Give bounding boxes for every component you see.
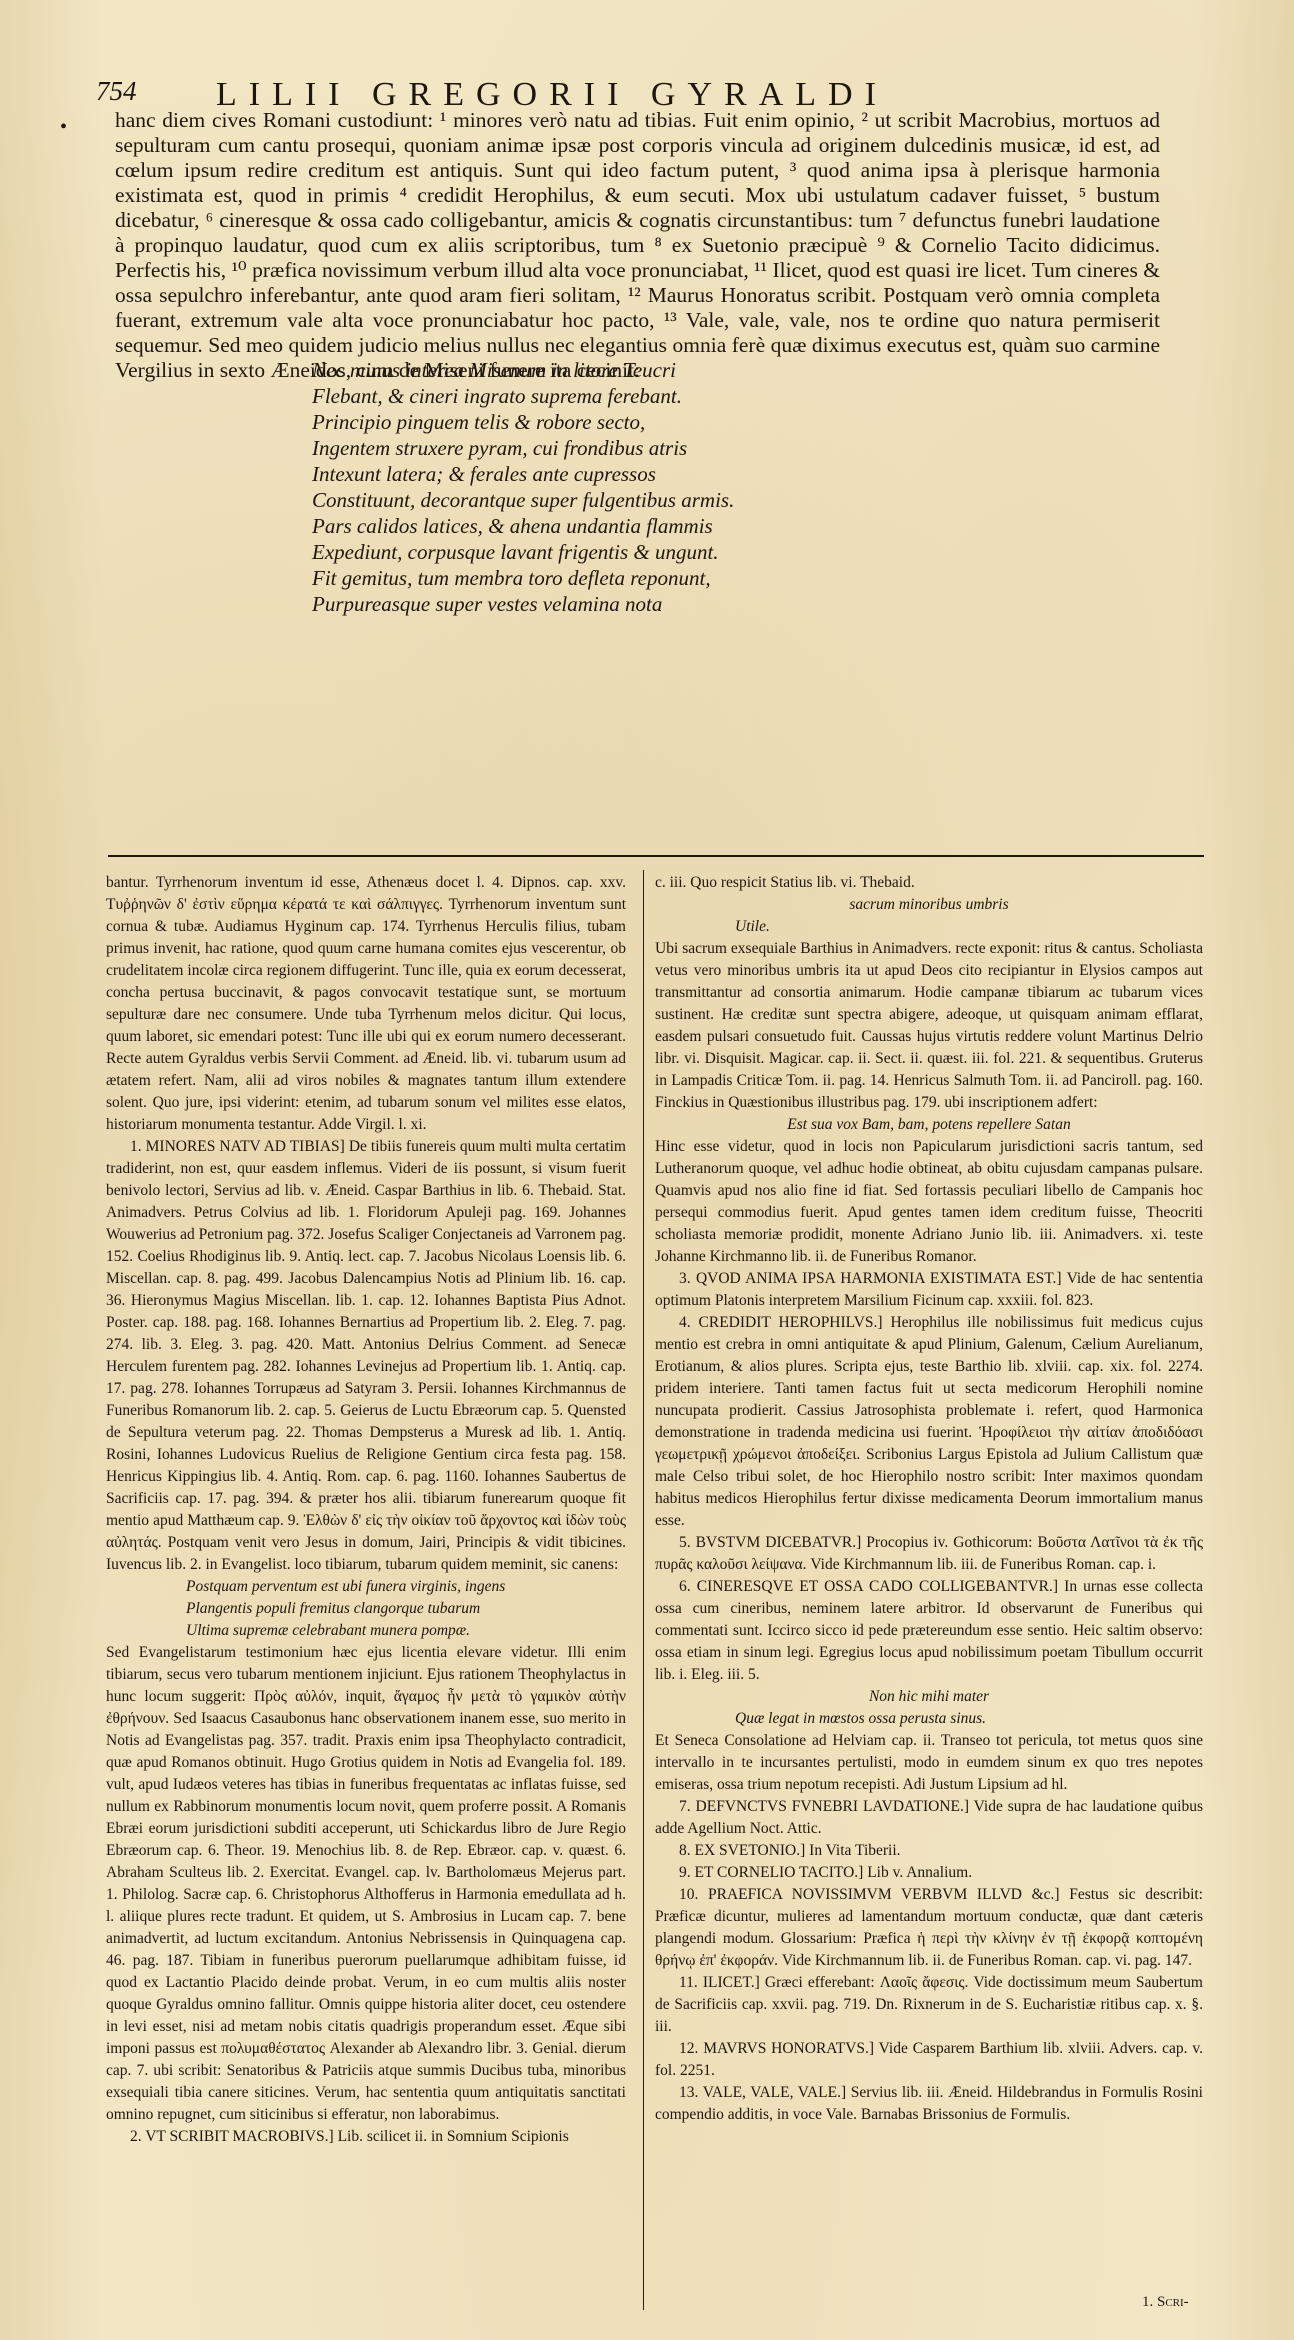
verse-line: Purpureasque super vestes velamina nota (312, 591, 912, 617)
verse-line: Flebant, & cineri ingrato suprema fereba… (312, 383, 912, 409)
verse-line: Ingentem struxere pyram, cui frondibus a… (312, 435, 912, 461)
note-10: 10. PRAEFICA NOVISSIMVM VERBVM ILLVD &c.… (655, 1884, 1203, 1972)
vergil-verse: Nec minus interea Misenum in litore Teuc… (312, 357, 912, 617)
note-8: 8. EX SVETONIO.] In Vita Tiberii. (655, 1840, 1203, 1862)
notes-right-column: c. iii. Quo respicit Statius lib. vi. Th… (655, 872, 1203, 2126)
note-paragraph: bantur. Tyrrhenorum inventum id esse, At… (106, 872, 626, 1136)
note-4: 4. CREDIDIT HEROPHILVS.] Herophilus ille… (655, 1312, 1203, 1532)
note-12: 12. MAVRVS HONORATVS.] Vide Casparem Bar… (655, 2038, 1203, 2082)
catchword: 1. Scri- (1142, 2294, 1189, 2311)
note-paragraph: Hinc esse videtur, quod in locis non Pap… (655, 1136, 1203, 1268)
quote-line: Non hic mihi mater (655, 1686, 1203, 1708)
note-paragraph: c. iii. Quo respicit Statius lib. vi. Th… (655, 872, 1203, 894)
quote-line: Postquam perventum est ubi funera virgin… (106, 1576, 626, 1598)
note-paragraph: Sed Evangelistarum testimonium hæc ejus … (106, 1642, 626, 2126)
main-text: hanc diem cives Romani custodiunt: ¹ min… (115, 108, 1160, 383)
quote-line: Plangentis populi fremitus clangorque tu… (106, 1598, 626, 1620)
verse-line: Nec minus interea Misenum in litore Teuc… (312, 357, 912, 383)
note-paragraph: Et Seneca Consolatione ad Helviam cap. i… (655, 1730, 1203, 1796)
quote-line: sacrum minoribus umbris (655, 894, 1203, 916)
quote-line: Quæ legat in mœstos ossa perusta sinus. (655, 1708, 1203, 1730)
note-6: 6. CINERESQVE ET OSSA CADO COLLIGEBANTVR… (655, 1576, 1203, 1686)
main-paragraph: hanc diem cives Romani custodiunt: ¹ min… (115, 108, 1160, 383)
note-paragraph: Ubi sacrum exsequiale Barthius in Animad… (655, 938, 1203, 1114)
quote-line: Ultima supremæ celebrabant munera pompæ. (106, 1620, 626, 1642)
note-5: 5. BVSTVM DICEBATVR.] Procopius iv. Goth… (655, 1532, 1203, 1576)
notes-left-column: bantur. Tyrrhenorum inventum id esse, At… (106, 872, 626, 2148)
verse-line: Principio pinguem telis & robore secto, (312, 409, 912, 435)
inscription: Est sua vox Bam, bam, potens repellere S… (655, 1114, 1203, 1136)
page-number: 754 (96, 76, 137, 107)
book-page: 754 LILII GREGORII GYRALDI • hanc diem c… (0, 0, 1294, 2340)
margin-dot: • (60, 116, 67, 139)
quote-line: Utile. (655, 916, 1203, 938)
verse-line: Intexunt latera; & ferales ante cupresso… (312, 461, 912, 487)
note-9: 9. ET CORNELIO TACITO.] Lib v. Annalium. (655, 1862, 1203, 1884)
note-2: 2. VT SCRIBIT MACROBIVS.] Lib. scilicet … (106, 2126, 626, 2148)
verse-line: Pars calidos latices, & ahena undantia f… (312, 513, 912, 539)
note-7: 7. DEFVNCTVS FVNEBRI LAVDATIONE.] Vide s… (655, 1796, 1203, 1840)
verse-line: Constituunt, decorantque super fulgentib… (312, 487, 912, 513)
note-1: 1. MINORES NATV AD TIBIAS] De tibiis fun… (106, 1136, 626, 1576)
note-11: 11. ILICET.] Græci efferebant: Λαοῖς ἄφε… (655, 1972, 1203, 2038)
note-3: 3. QVOD ANIMA IPSA HARMONIA EXISTIMATA E… (655, 1268, 1203, 1312)
verse-line: Expediunt, corpusque lavant frigentis & … (312, 539, 912, 565)
note-13: 13. VALE, VALE, VALE.] Servius lib. iii.… (655, 2082, 1203, 2126)
horizontal-rule (108, 855, 1204, 857)
verse-line: Fit gemitus, tum membra toro defleta rep… (312, 565, 912, 591)
column-divider (643, 870, 644, 2310)
